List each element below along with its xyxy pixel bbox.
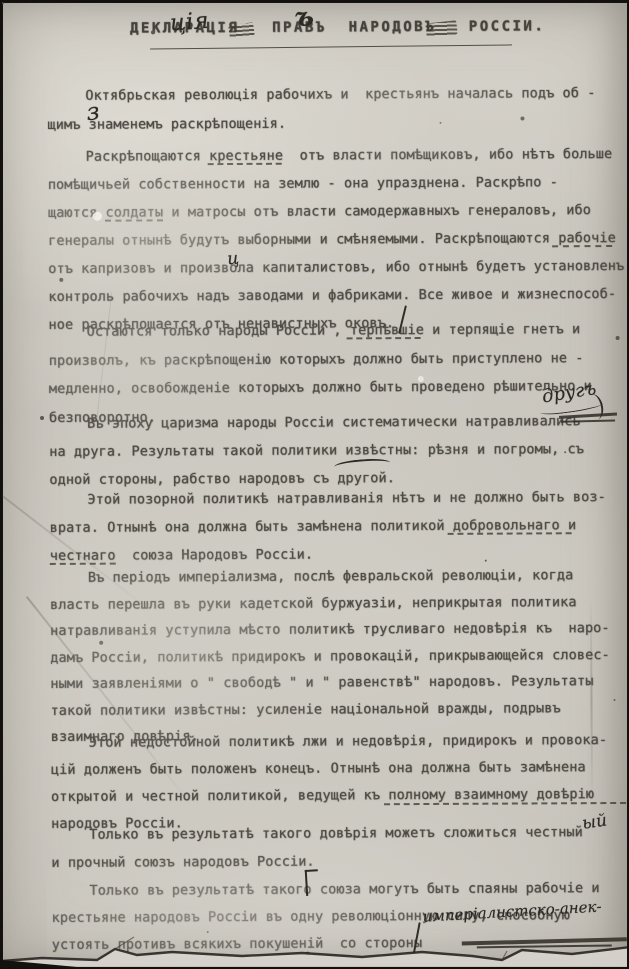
handwritten-ts: ц: [226, 249, 239, 270]
white-spot: [93, 212, 102, 221]
handwritten-hard-sign-icon: ъ: [294, 2, 315, 33]
tear-edge: [2, 927, 629, 969]
dashed-underline: [105, 219, 163, 221]
dashed-underline: [208, 163, 282, 165]
handwritten-title-correction: ція: [169, 8, 209, 37]
handwritten-ending: ый: [581, 810, 608, 833]
title-underline: [150, 44, 512, 49]
paragraph: Раскрѣпощаются крестьяне отъ власти помѣ…: [48, 140, 626, 339]
handwritten-z: з: [85, 97, 101, 126]
scan-frame: ДЕКЛАРАЦІЯ ПРАВЪ НАРОДОВЪ РОССІИ. ція ъ …: [0, 0, 629, 969]
paragraph: Октябрьская революція рабочихъ и крестья…: [47, 79, 624, 139]
dashed-underline: [50, 563, 116, 565]
speck-field: [2, 2, 4, 4]
white-spot: [418, 376, 424, 382]
document-content: ДЕКЛАРАЦІЯ ПРАВЪ НАРОДОВЪ РОССІИ. ція ъ …: [2, 0, 629, 969]
paragraph: Этой позорной политикѣ натравливанія нѣт…: [49, 483, 626, 570]
dashed-underline: [347, 337, 421, 339]
dashed-underline: [552, 245, 612, 247]
paragraph: Въ эпоху царизма народы Россіи системати…: [49, 407, 626, 494]
title-scribble-right: [425, 20, 457, 37]
title-scribble-left: [228, 22, 255, 38]
paragraph: Только въ результатѣ такого довѣрія може…: [51, 819, 628, 877]
correction-gamma-mark: [305, 869, 319, 896]
paragraph: Въ періодъ имперіализма, послѣ февральск…: [50, 562, 628, 751]
